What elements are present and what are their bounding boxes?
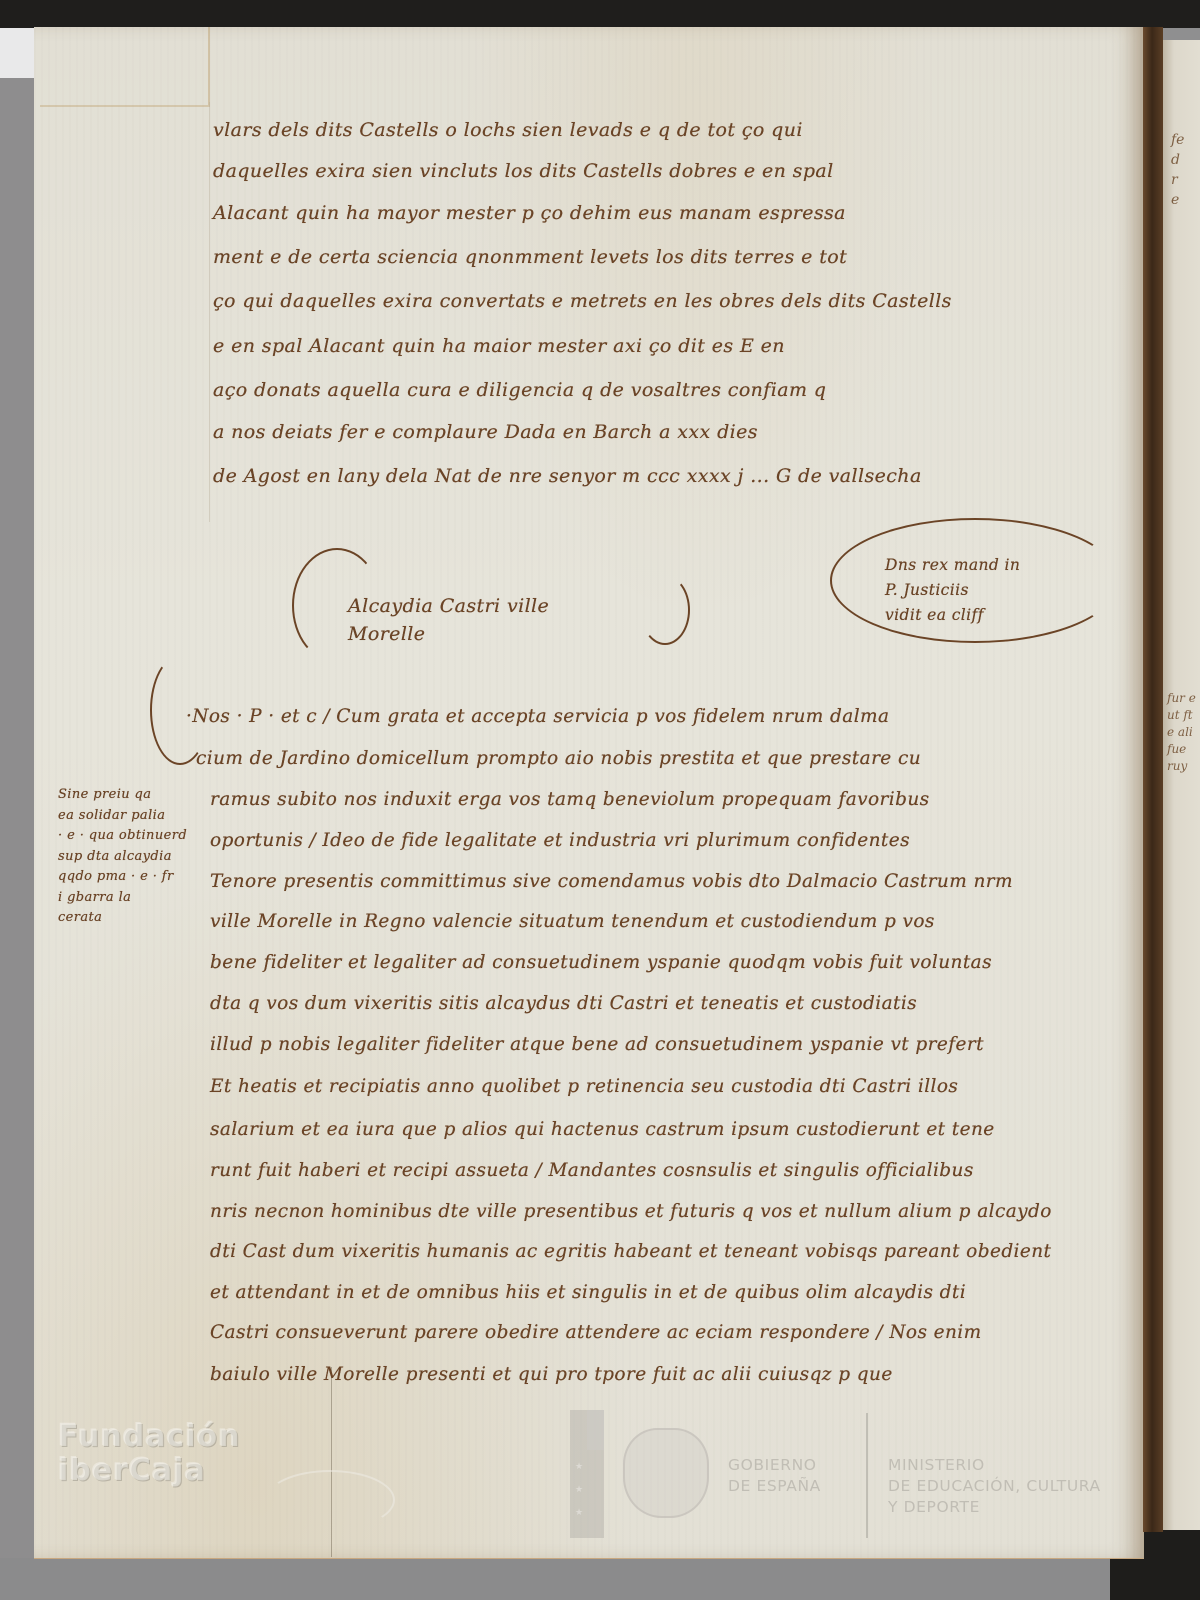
fragment: ut ft — [1167, 707, 1200, 724]
text-line: cium de Jardino domicellum prompto aio n… — [196, 745, 921, 773]
text-line: illud p nobis legaliter fideliter atque … — [210, 1031, 984, 1059]
text-line: daquelles exira sien vincluts los dits C… — [213, 157, 834, 186]
fragment: fe — [1171, 130, 1184, 150]
watermark-line: iberCaja — [58, 1454, 240, 1488]
margin-line: i gbarra la — [58, 888, 187, 909]
flag-inner-block — [587, 1410, 604, 1450]
text-line: bene fideliter et legaliter ad consuetud… — [210, 949, 992, 977]
text-line: Alacant quin ha mayor mester p ço dehim … — [213, 199, 846, 228]
margin-annotation: Sine preiu qa ea solidar palia · e · qua… — [58, 785, 187, 929]
text-line: nris necnon hominibus dte ville presenti… — [210, 1198, 1052, 1226]
watermark-line: GOBIERNO — [728, 1455, 821, 1476]
scan-background-bottom — [0, 1558, 1200, 1600]
heading-alcaydia: Alcaydia Castri ville Morelle — [348, 592, 549, 648]
margin-line: · e · qua obtinuerd — [58, 826, 187, 847]
text-line: salarium et ea iura que p alios qui hact… — [210, 1116, 995, 1144]
heading-line: P. Justiciis — [885, 578, 1020, 603]
fragment: e ali — [1167, 724, 1200, 741]
next-page-fragment-mid: fur e ut ft e ali fue ruy — [1167, 690, 1200, 775]
watermark-line: MINISTERIO — [888, 1455, 1101, 1476]
text-line: dta q vos dum vixeritis sitis alcaydus d… — [210, 990, 917, 1018]
heading-line: Morelle — [348, 620, 549, 648]
margin-line: ea solidar palia — [58, 806, 187, 827]
margin-line: sup dta alcaydia — [58, 847, 187, 868]
text-line: et attendant in et de omnibus hiis et si… — [210, 1279, 966, 1307]
fragment: r — [1171, 170, 1184, 190]
scan-background-top — [0, 0, 1200, 28]
text-line: baiulo ville Morelle presenti et qui pro… — [210, 1361, 893, 1389]
ibercaja-logo-icon — [265, 1470, 395, 1530]
fragment: fur e — [1167, 690, 1200, 707]
star-icon: ★ — [575, 1508, 583, 1518]
scan-background-left — [0, 78, 35, 1558]
text-line: ço qui daquelles exira convertats e metr… — [213, 287, 952, 316]
star-icon: ★ — [575, 1485, 583, 1495]
coat-of-arms-icon — [623, 1428, 709, 1518]
watermark-divider — [866, 1413, 868, 1538]
text-line: Tenore presentis committimus sive comend… — [210, 868, 1013, 896]
text-line: de Agost en lany dela Nat de nre senyor … — [213, 462, 922, 491]
fragment: d — [1171, 150, 1184, 170]
text-line: Et heatis et recipiatis anno quolibet p … — [210, 1073, 958, 1101]
watermark-line: DE EDUCACIÓN, CULTURA — [888, 1476, 1101, 1497]
text-line: aço donats aquella cura e diligencia q d… — [213, 376, 826, 405]
fragment: fue ruy — [1167, 741, 1200, 775]
text-line: ·Nos · P · et c / Cum grata et accepta s… — [186, 703, 889, 731]
paper-repair-patch — [40, 27, 210, 107]
margin-line: qqdo pma · e · fr — [58, 867, 187, 888]
next-page-fragment-top: fe d r e — [1171, 130, 1184, 210]
gobierno-watermark: GOBIERNO DE ESPAÑA — [728, 1455, 821, 1497]
text-line: runt fuit haberi et recipi assueta / Man… — [210, 1157, 974, 1185]
heading-flourish-right — [640, 575, 690, 645]
margin-line: cerata — [58, 908, 187, 929]
ministerio-watermark: MINISTERIO DE EDUCACIÓN, CULTURA Y DEPOR… — [888, 1455, 1101, 1518]
ibercaja-watermark: Fundación iberCaja — [58, 1420, 240, 1488]
fragment: e — [1171, 190, 1184, 210]
heading-line: vidit ea cliff — [885, 603, 1020, 628]
text-line: ville Morelle in Regno valencie situatum… — [210, 908, 935, 936]
watermark-line: DE ESPAÑA — [728, 1476, 821, 1497]
text-line: a nos deiats fer e complaure Dada en Bar… — [213, 418, 758, 447]
text-line: vlars dels dits Castells o lochs sien le… — [213, 116, 803, 145]
scan-background-strip — [0, 28, 35, 78]
spain-flag-band-icon: ★ ★ ★ — [570, 1410, 604, 1538]
text-line: ment e de certa sciencia qnonmment levet… — [213, 243, 847, 272]
text-line: Castri consueverunt parere obedire atten… — [210, 1319, 982, 1347]
star-icon: ★ — [575, 1462, 583, 1472]
heading-rex-mandat: Dns rex mand in P. Justiciis vidit ea cl… — [885, 553, 1020, 628]
heading-line: Dns rex mand in — [885, 553, 1020, 578]
text-line: e en spal Alacant quin ha maior mester a… — [213, 332, 785, 361]
text-line: dti Cast dum vixeritis humanis ac egriti… — [210, 1238, 1051, 1266]
watermark-line: Fundación — [58, 1420, 240, 1454]
margin-line: Sine preiu qa — [58, 785, 187, 806]
heading-line: Alcaydia Castri ville — [348, 592, 549, 620]
text-line: ramus subito nos induxit erga vos tamq b… — [210, 786, 930, 814]
next-page-edge: fe d r e fur e ut ft e ali fue ruy — [1163, 40, 1200, 1530]
text-line: oportunis / Ideo de fide legalitate et i… — [210, 827, 910, 855]
book-gutter — [1143, 27, 1163, 1532]
watermark-line: Y DEPORTE — [888, 1497, 1101, 1518]
